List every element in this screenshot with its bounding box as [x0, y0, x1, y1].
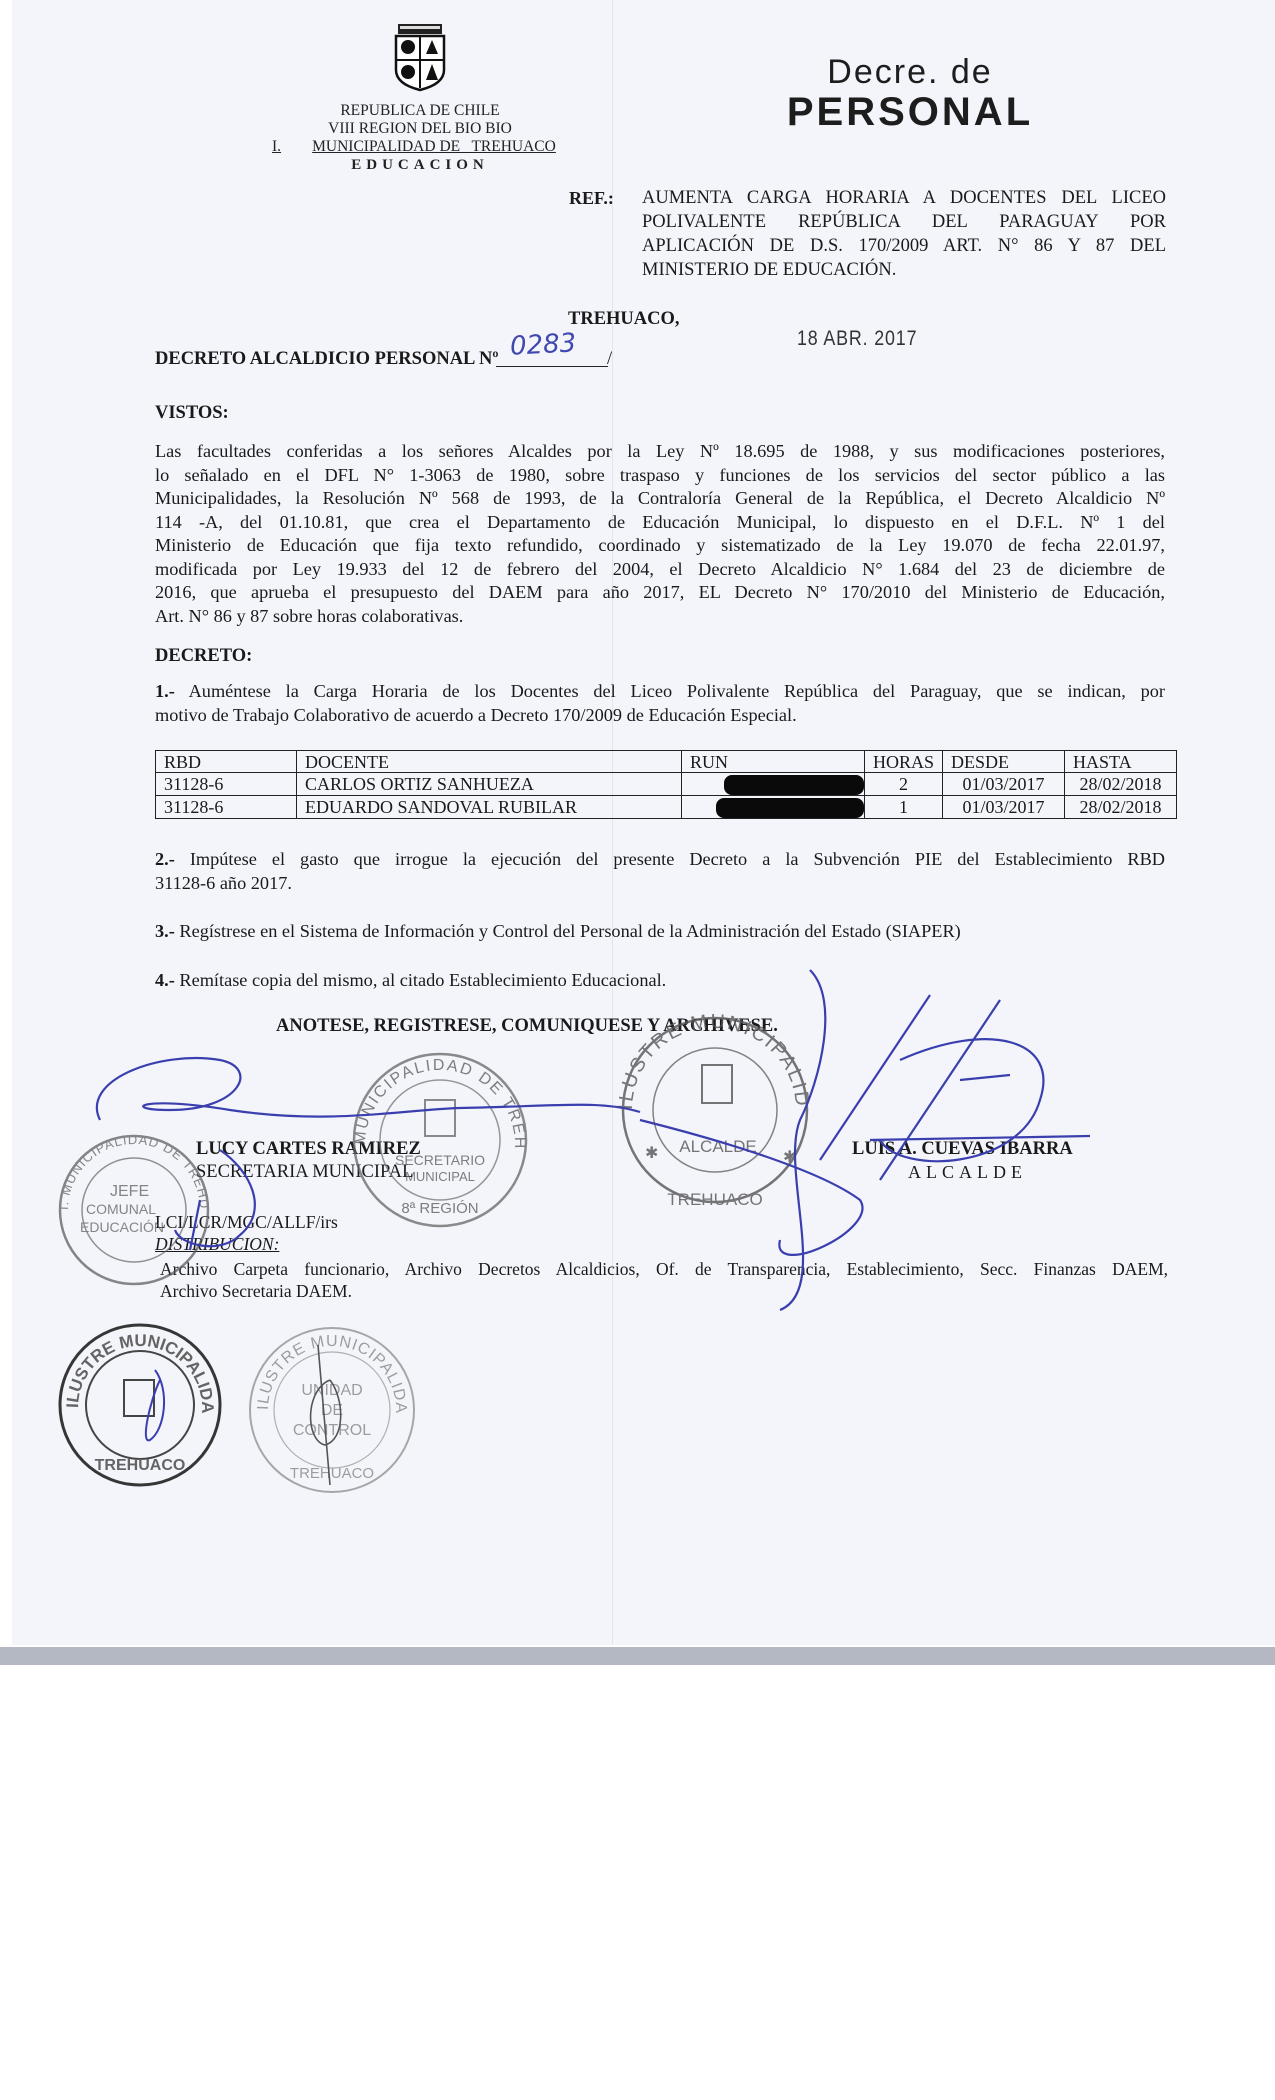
place: TREHUACO, [568, 309, 680, 330]
decree-slash: / [607, 349, 612, 370]
item-number: 2.- [155, 849, 175, 869]
cell-hasta: 28/02/2018 [1065, 773, 1177, 796]
reference-line: APLICACIÓN DE D.S. 170/2009 ART. N° 86 Y… [642, 234, 1166, 258]
vistos-heading: VISTOS: [155, 403, 229, 424]
decree-type-stamp: Decre. de PERSONAL [780, 54, 1040, 134]
vistos-line: Ministerio de Educación que fija texto r… [155, 534, 1165, 558]
item-text: motivo de Trabajo Colaborativo de acuerd… [155, 704, 1165, 728]
vistos-line: Art. N° 86 y 87 sobre horas colaborativa… [155, 605, 1165, 629]
reference-label: REF.: [569, 188, 614, 209]
distribution-list: Archivo Carpeta funcionario, Archivo Dec… [155, 1258, 1168, 1302]
mayor-name: LUIS A. CUEVAS IBARRA [852, 1139, 1073, 1160]
initials: LCI/LCR/MGC/ALLF/irs [155, 1212, 338, 1233]
page-fold-line [612, 0, 613, 1645]
table-header-row: RBD DOCENTE RUN HORAS DESDE HASTA [156, 751, 1177, 773]
item-number: 1.- [155, 681, 175, 701]
cell-rbd: 31128-6 [156, 773, 297, 796]
decreto-heading: DECRETO: [155, 646, 252, 667]
reference-line: POLIVALENTE REPÚBLICA DEL PARAGUAY POR [642, 210, 1166, 234]
column-header: RBD [156, 751, 297, 773]
decreto-item-2: 2.- Impútese el gasto que irrogue la eje… [155, 848, 1165, 895]
header-department: EDUCACION [255, 156, 585, 174]
reference-text: AUMENTA CARGA HORARIA A DOCENTES DEL LIC… [642, 186, 1166, 282]
distribution-line: Archivo Carpeta funcionario, Archivo Dec… [160, 1258, 1168, 1280]
date-stamp: 18 ABR. 2017 [797, 327, 917, 351]
decreto-item-4: 4.- Remítase copia del mismo, al citado … [155, 969, 1165, 993]
item-text: Impútese el gasto que irrogue la ejecuci… [190, 849, 1165, 869]
cell-desde: 01/03/2017 [943, 795, 1065, 818]
vistos-line: Municipalidades, la Resolución Nº 568 de… [155, 487, 1165, 511]
header-line: MUNICIPALIDAD DE TREHUACO [312, 138, 556, 155]
column-header: HASTA [1065, 751, 1177, 773]
column-header: HORAS [865, 751, 943, 773]
reference-line: MINISTERIO DE EDUCACIÓN. [642, 258, 1166, 282]
vistos-body: Las facultades conferidas a los señores … [155, 440, 1165, 628]
decreto-item-1: 1.- Auméntese la Carga Horaria de los Do… [155, 680, 1165, 727]
decree-number-handwritten: 0283 [509, 328, 577, 361]
institution-header: REPUBLICA DE CHILE VIII REGION DEL BIO B… [255, 102, 585, 174]
cell-desde: 01/03/2017 [943, 773, 1065, 796]
item-text: Regístrese en el Sistema de Información … [179, 921, 960, 941]
column-header: DESDE [943, 751, 1065, 773]
decreto-item-3: 3.- Regístrese en el Sistema de Informac… [155, 920, 1165, 944]
item-text: 31128-6 año 2017. [155, 872, 1165, 896]
cell-horas: 1 [865, 795, 943, 818]
item-text: Remítase copia del mismo, al citado Esta… [179, 970, 666, 990]
secretary-title: SECRETARIA MUNICIPAL [196, 1162, 413, 1183]
vistos-line: 2016, que aprueba el presupuesto del DAE… [155, 581, 1165, 605]
decree-number-label: DECRETO ALCALDICIO PERSONAL Nº [155, 349, 498, 370]
column-header: RUN [682, 751, 865, 773]
table-row: 31128-6 CARLOS ORTIZ SANHUEZA 2 01/03/20… [156, 773, 1177, 796]
redaction-mark [716, 798, 864, 818]
distribution-heading: DISTRIBUCION: [155, 1234, 279, 1255]
decree-number-line [496, 366, 608, 367]
mayor-title: ALCALDE [908, 1162, 1027, 1183]
cell-docente: CARLOS ORTIZ SANHUEZA [297, 773, 682, 796]
distribution-line: Archivo Secretaria DAEM. [160, 1280, 1168, 1302]
item-text: Auméntese la Carga Horaria de los Docent… [189, 681, 1165, 701]
cell-horas: 2 [865, 773, 943, 796]
reference-line: AUMENTA CARGA HORARIA A DOCENTES DEL LIC… [642, 186, 1166, 210]
secretary-name: LUCY CARTES RAMIREZ [196, 1139, 421, 1160]
scan-edge [0, 1647, 1275, 1665]
header-prefix: I. [272, 138, 281, 156]
cell-docente: EDUARDO SANDOVAL RUBILAR [297, 795, 682, 818]
redaction-mark [724, 775, 864, 795]
cell-rbd: 31128-6 [156, 795, 297, 818]
vistos-line: modificada por Ley 19.933 del 12 de febr… [155, 558, 1165, 582]
coat-of-arms-icon [388, 22, 452, 92]
cell-hasta: 28/02/2018 [1065, 795, 1177, 818]
header-line: REPUBLICA DE CHILE [255, 102, 585, 120]
vistos-line: 114 -A, del 01.10.81, que crea el Depart… [155, 511, 1165, 535]
vistos-line: Las facultades conferidas a los señores … [155, 440, 1165, 464]
cell-run-redacted [682, 795, 865, 818]
closing-formula: ANOTESE, REGISTRESE, COMUNIQUESE Y ARCHI… [276, 1016, 778, 1037]
stamp-line: Decre. de [780, 54, 1040, 90]
teachers-table: RBD DOCENTE RUN HORAS DESDE HASTA 31128-… [155, 750, 1177, 819]
table-row: 31128-6 EDUARDO SANDOVAL RUBILAR 1 01/03… [156, 795, 1177, 818]
item-number: 3.- [155, 921, 175, 941]
item-number: 4.- [155, 970, 175, 990]
stamp-line: PERSONAL [780, 90, 1040, 134]
vistos-line: lo señalado en el DFL N° 1-3063 de 1980,… [155, 464, 1165, 488]
cell-run-redacted [682, 773, 865, 796]
column-header: DOCENTE [297, 751, 682, 773]
header-line: VIII REGION DEL BIO BIO [255, 120, 585, 138]
